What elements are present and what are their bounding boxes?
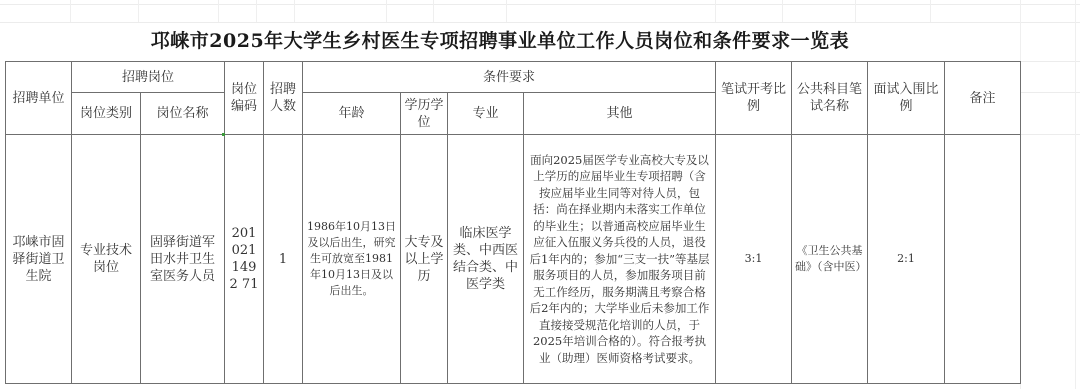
table-row: 邛崃市固驿街道卫生院 专业技术岗位 固驿街道军田水井卫生室医务人员 201021… <box>6 135 1021 384</box>
header-education: 学历学位 <box>401 93 448 135</box>
page-title: 邛崃市2025年大学生乡村医生专项招聘事业单位工作人员岗位和条件要求一览表 <box>0 26 1000 53</box>
header-age: 年龄 <box>303 93 401 135</box>
header-written-ratio: 笔试开考比例 <box>716 62 792 135</box>
cell-position-code: 2010211492 71 <box>225 135 264 384</box>
cell-interview-ratio: 2:1 <box>868 135 945 384</box>
cell-position-name: 固驿街道军田水井卫生室医务人员 <box>141 135 225 384</box>
header-major: 专业 <box>448 93 524 135</box>
cell-unit: 邛崃市固驿街道卫生院 <box>6 135 72 384</box>
header-position-type: 岗位类别 <box>72 93 141 135</box>
cell-written-ratio: 3:1 <box>716 135 792 384</box>
cell-age: 1986年10月13日及以后出生，研究生可放宽至1981年10月13日及以后出生… <box>303 135 401 384</box>
header-interview-ratio: 面试入围比例 <box>868 62 945 135</box>
cell-hire-count: 1 <box>264 135 303 384</box>
header-position-group: 招聘岗位 <box>72 62 225 93</box>
header-written-subject: 公共科目笔试名称 <box>792 62 868 135</box>
cell-education: 大专及以上学历 <box>401 135 448 384</box>
cell-other: 面向2025届医学专业高校大专及以上学历的应届毕业生专项招聘（含按应届毕业生同等… <box>524 135 716 384</box>
cell-comment-marker <box>222 133 225 136</box>
header-requirements-group: 条件要求 <box>303 62 716 93</box>
cell-position-type: 专业技术岗位 <box>72 135 141 384</box>
header-position-name: 岗位名称 <box>141 93 225 135</box>
header-other: 其他 <box>524 93 716 135</box>
header-row-1: 招聘单位 招聘岗位 岗位编码 招聘人数 条件要求 笔试开考比例 公共科目笔试名称… <box>6 62 1021 93</box>
cell-written-subject: 《卫生公共基础》（含中医） <box>792 135 868 384</box>
cell-remarks <box>945 135 1021 384</box>
header-remarks: 备注 <box>945 62 1021 135</box>
cell-major: 临床医学类、中西医结合类、中医学类 <box>448 135 524 384</box>
recruitment-table: 招聘单位 招聘岗位 岗位编码 招聘人数 条件要求 笔试开考比例 公共科目笔试名称… <box>5 61 1021 384</box>
header-hire-count: 招聘人数 <box>264 62 303 135</box>
header-position-code: 岗位编码 <box>225 62 264 135</box>
header-unit: 招聘单位 <box>6 62 72 135</box>
